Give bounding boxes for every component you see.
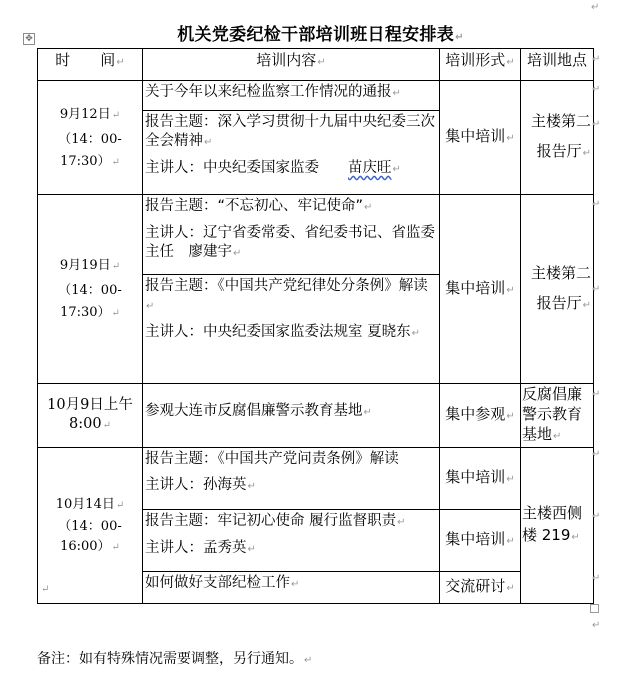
content-cell: 报告主题：《中国共产党问责条例》解读 主讲人：孙海英↵ <box>143 448 440 510</box>
time-cell: 10月14日↵ （14：00- 16:00）↵ ↵ <box>38 448 143 604</box>
content-cell: 关于今年以来纪检监察工作情况的通报↵ <box>143 81 440 111</box>
place-cell: 主楼第二 报告厅↵ <box>521 195 594 384</box>
row-end-mark: ↵ <box>592 284 600 295</box>
form-cell: 集中培训↵ <box>440 510 521 572</box>
table-header-row: 时 间↵ 培训内容↵ 培训形式↵ 培训地点 <box>38 49 594 81</box>
document-title: 机关党委纪检干部培训班日程安排表↵ <box>0 20 635 45</box>
content-cell: 如何做好支部纪检工作↵ <box>143 572 440 604</box>
form-cell: 集中培训↵ <box>440 195 521 384</box>
form-cell: 集中培训↵ <box>440 448 521 510</box>
content-cell: 报告主题：《中国共产党纪律处分条例》解读↵ 主讲人：中央纪委国家监委法规室 夏晓… <box>143 275 440 384</box>
header-time: 时 间↵ <box>38 49 143 81</box>
paragraph-mark: ↵ <box>592 620 600 631</box>
place-cell: 主楼第二 报告厅↵ <box>521 81 594 195</box>
table-row: 9月12日↵ （14：00- 17:30）↵ 关于今年以来纪检监察工作情况的通报… <box>38 81 594 111</box>
content-cell: 报告主题：“不忘初心、牢记使命”↵ 主讲人：辽宁省委常委、省纪委书记、省监委主任… <box>143 195 440 275</box>
form-cell: 集中参观↵ <box>440 384 521 448</box>
note-text: 备注：如有特殊情况需要调整，另行通知。↵ <box>37 648 312 668</box>
table-row: 10月9日上午 8:00↵ 参观大连市反腐倡廉警示教育基地↵ 集中参观↵ 反腐倡… <box>38 384 594 448</box>
time-cell: 10月9日上午 8:00↵ <box>38 384 143 448</box>
form-cell: 集中培训↵ <box>440 81 521 195</box>
content-cell: 报告主题：牢记初心使命 履行监督职责↵ 主讲人：孟秀英↵ <box>143 510 440 572</box>
table-move-handle-icon[interactable]: ✥ <box>23 33 35 45</box>
row-end-mark: ↵ <box>592 84 600 95</box>
table-resize-handle[interactable] <box>590 604 599 613</box>
paragraph-mark: ↵ <box>591 2 599 13</box>
spellcheck-name: 苗庆旺 <box>348 160 392 176</box>
form-cell: 交流研讨↵ <box>440 572 521 604</box>
schedule-table: 时 间↵ 培训内容↵ 培训形式↵ 培训地点 9月12日↵ （14：00- 17:… <box>37 48 594 604</box>
content-cell: 报告主题：深入学习贯彻十九届中央纪委三次全会精神↵ 主讲人：中央纪委国家监委 苗… <box>143 111 440 195</box>
table-row: 10月14日↵ （14：00- 16:00）↵ ↵ 报告主题：《中国共产党问责条… <box>38 448 594 510</box>
header-place: 培训地点 <box>521 49 594 81</box>
row-end-mark: ↵ <box>592 119 600 130</box>
row-end-mark: ↵ <box>592 573 600 584</box>
row-end-mark: ↵ <box>592 449 600 460</box>
row-end-mark: ↵ <box>592 199 600 210</box>
place-cell: 主楼西侧楼 219↵ <box>521 448 594 604</box>
content-cell: 参观大连市反腐倡廉警示教育基地↵ <box>143 384 440 448</box>
time-cell: 9月12日↵ （14：00- 17:30）↵ <box>38 81 143 195</box>
row-end-mark: ↵ <box>592 389 600 400</box>
paragraph-mark: ↵ <box>455 32 464 43</box>
table-row: 9月19日↵ （14：00- 17:30）↵ 报告主题：“不忘初心、牢记使命”↵… <box>38 195 594 275</box>
place-cell: 反腐倡廉警示教育基地↵ <box>521 384 594 448</box>
title-text: 机关党委纪检干部培训班日程安排表 <box>177 25 454 45</box>
time-cell: 9月19日↵ （14：00- 17:30）↵ <box>38 195 143 384</box>
header-content: 培训内容↵ <box>143 49 440 81</box>
header-form: 培训形式↵ <box>440 49 521 81</box>
row-end-mark: ↵ <box>592 511 600 522</box>
row-end-mark: ↵ <box>592 54 600 65</box>
